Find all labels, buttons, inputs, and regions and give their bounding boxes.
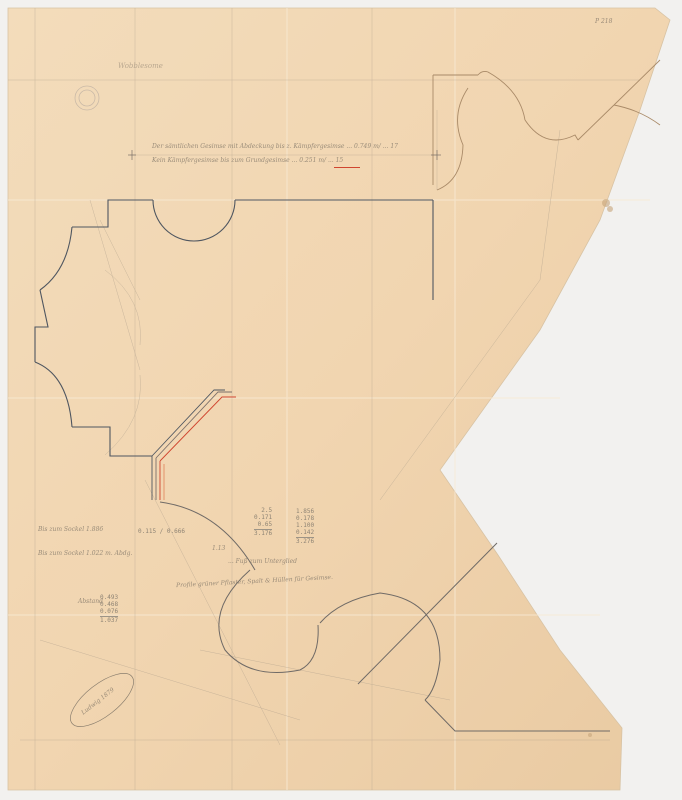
left-calc: 0.493 0.468 0.076 1.037 bbox=[100, 594, 118, 624]
paper-stains bbox=[588, 199, 613, 737]
top-scribble: Wobblesome bbox=[118, 62, 163, 70]
mid-note-number: 1.13 bbox=[212, 545, 225, 552]
red-underline bbox=[334, 167, 360, 168]
left-note-1: Bis zum Sockel 1.886 bbox=[38, 526, 103, 533]
drawing-canvas bbox=[0, 0, 682, 800]
calc-block-1: 2.5 0.171 0.65 3.176 bbox=[254, 507, 272, 537]
header-note-line-2: Kein Kämpfergesimse bis zum Grundgesimse… bbox=[152, 157, 343, 164]
paper-sheet bbox=[8, 8, 670, 790]
drawing-sheet: P 218 Wobblesome Der sämtlichen Gesimse … bbox=[0, 0, 682, 800]
archive-number: P 218 bbox=[595, 18, 612, 25]
left-note-2: Bis zum Sockel 1.022 m. Abdg. bbox=[38, 550, 132, 557]
header-note-line-1: Der sämtlichen Gesimse mit Abdeckung bis… bbox=[152, 143, 398, 150]
small-fraction: 0.115 / 0.666 bbox=[138, 528, 185, 535]
mid-note-text: ... Fuß zum Unterglied bbox=[228, 558, 297, 565]
calc-block-2: 1.856 0.178 1.100 0.142 3.276 bbox=[296, 508, 314, 545]
